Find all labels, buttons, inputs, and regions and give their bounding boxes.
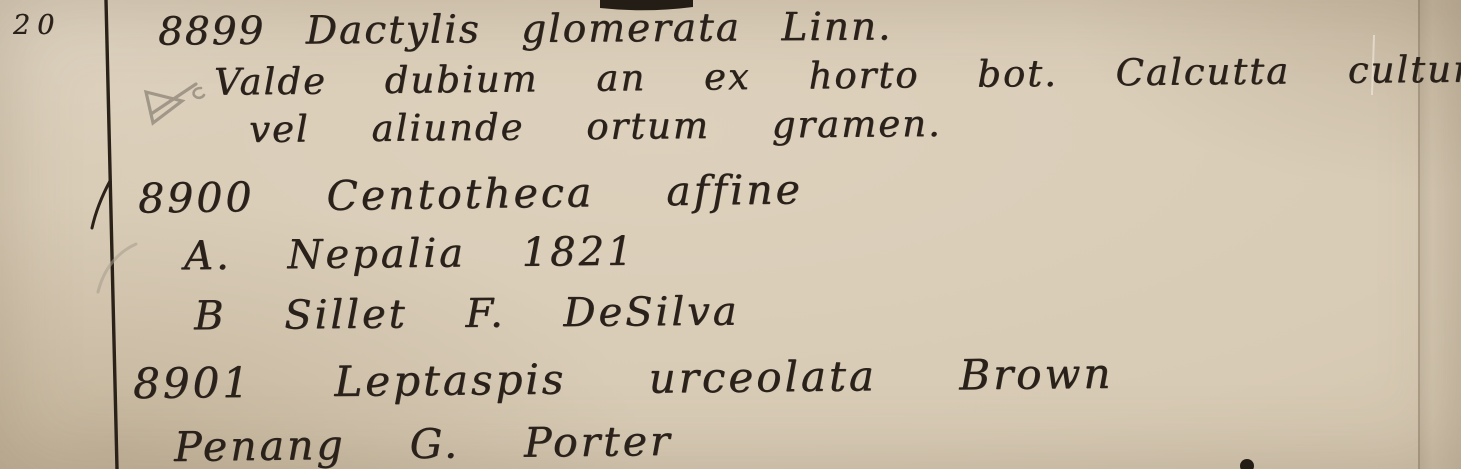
entry-8901-title: 8901 Leptaspis urceolata Brown xyxy=(133,353,1114,405)
vertical-margin-rule xyxy=(106,0,117,469)
entry-8900-detail-b: B Sillet F. DeSilva xyxy=(194,292,740,337)
margin-rule-flourish xyxy=(92,181,110,228)
bottom-edge-ink-dot xyxy=(1240,459,1254,469)
entry-8899-title: 8899 Dactylis glomerata Linn. xyxy=(158,7,893,51)
entry-8899-note-line-2: vel aliunde ortum gramen. xyxy=(249,105,942,148)
pencil-smudge-curve xyxy=(98,244,136,292)
entry-8900-title: 8900 Centotheca affine xyxy=(138,169,803,219)
entry-8901-detail: Penang G. Porter xyxy=(174,421,673,468)
manuscript-page: 20 8899 Dactylis glomerata Linn. Valde d… xyxy=(0,0,1461,469)
entry-8900-detail-a: A. Nepalia 1821 xyxy=(184,232,636,277)
pencil-check-mark xyxy=(146,84,204,123)
page-number: 20 xyxy=(13,12,61,39)
